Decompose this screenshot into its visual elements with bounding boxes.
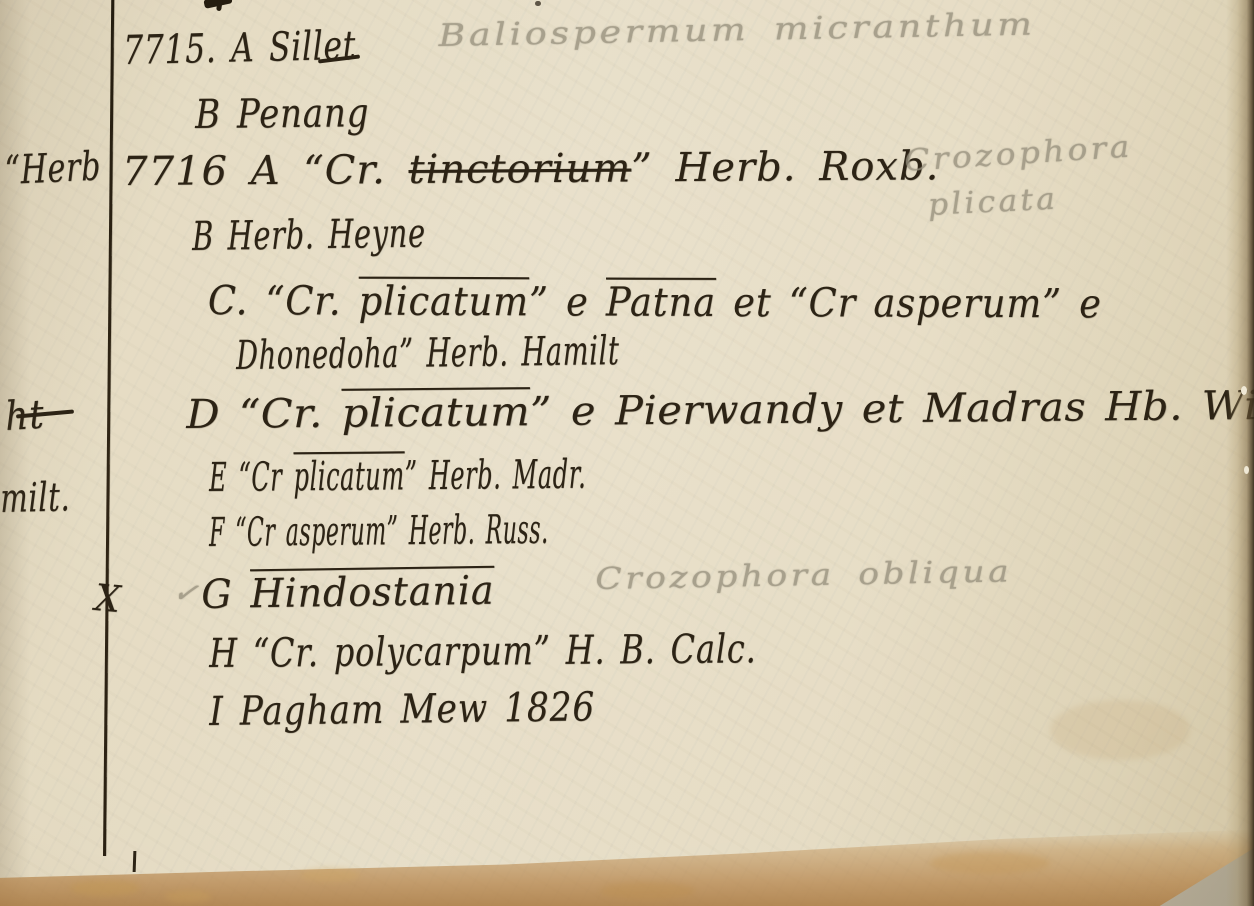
margin-x-mark: X	[93, 576, 122, 621]
entry-7716-line-c: C. “Cr. plicatum” e Patna et “Cr asperum…	[208, 278, 1102, 327]
rule-end-tick	[133, 851, 137, 872]
stain-spot	[600, 882, 695, 900]
overlined-word-plicatum: plicatum	[293, 453, 404, 500]
margin-rule-line	[103, 0, 114, 856]
pencil-annotation-7715: Baliospermum micranthum	[438, 7, 1036, 54]
line-e-pre: E “Cr	[209, 454, 294, 501]
entry-7716-line-g: G Hindostania	[201, 568, 495, 618]
stain-spot	[70, 880, 140, 896]
line-a-pre: 7716 A “Cr.	[122, 147, 409, 195]
pencil-check-mark: ✓	[171, 574, 204, 613]
line-d-post: ” e Pierwandy et Madras Hb. Wight.	[530, 382, 1254, 435]
stain-spot	[930, 852, 1050, 874]
page-edge-right	[1226, 0, 1254, 906]
edge-chip	[1244, 466, 1249, 474]
entry-7716-line-d: D “Cr. plicatum” e Pierwandy et Madras H…	[186, 382, 1254, 438]
entry-7716-line-a: 7716 A “Cr. tinctorium” Herb. Roxb.	[122, 143, 939, 195]
pencil-annotation-7716a-species: plicata	[927, 182, 1059, 223]
struck-word-tinctorium: tinctorium	[408, 145, 631, 193]
top-edge-ink-fragment	[216, 0, 223, 11]
entry-7716-line-b: B Herb. Heyne	[192, 211, 426, 260]
entry-7716-line-h: H “Cr. polycarpum” H. B. Calc.	[209, 626, 757, 677]
line-c-mid: ” e	[529, 279, 606, 325]
entry-7715-line-a: 7715. A Sillet	[123, 23, 356, 74]
entry-7716-line-e: E “Cr plicatum” Herb. Madr.	[209, 452, 586, 501]
pencil-annotation-7716a-genus: Crozophora	[903, 129, 1134, 178]
stain-spot	[1050, 700, 1190, 760]
line-c-pre: C. “Cr.	[208, 278, 359, 325]
overlined-word-hindostania: Hindostania	[250, 568, 495, 618]
line-g-letter: G	[201, 571, 251, 618]
manuscript-page: “Herb ht milt. 7715. A Sillet Baliosperm…	[0, 0, 1254, 906]
stain-spot	[165, 890, 211, 903]
line-a-post: ” Herb. Roxb.	[631, 143, 939, 191]
entry-7715-line-b: B Penang	[195, 90, 369, 138]
entry-7716-line-i: I Pagham Mew 1826	[209, 684, 595, 735]
page-edge-left-shading	[0, 0, 30, 906]
stain-spot	[300, 868, 360, 882]
overlined-word-plicatum: plicatum	[359, 279, 530, 326]
overlined-word-plicatum: plicatum	[341, 389, 530, 437]
edge-chip	[1241, 386, 1247, 395]
line-e-post: ” Herb. Madr.	[405, 452, 587, 500]
pencil-annotation-7716g: Crozophora obliqua	[595, 554, 1013, 597]
top-edge-ink-speck	[535, 1, 541, 6]
entry-7716-line-c-continued: Dhonedoha” Herb. Hamilt	[236, 328, 620, 379]
overlined-word-patna: Patna	[606, 280, 716, 326]
entry-7716-line-f: F “Cr asperum” Herb. Russ.	[209, 507, 549, 556]
line-c-post: et “Cr asperum” e	[716, 280, 1102, 327]
line-d-pre: D “Cr.	[186, 391, 342, 438]
